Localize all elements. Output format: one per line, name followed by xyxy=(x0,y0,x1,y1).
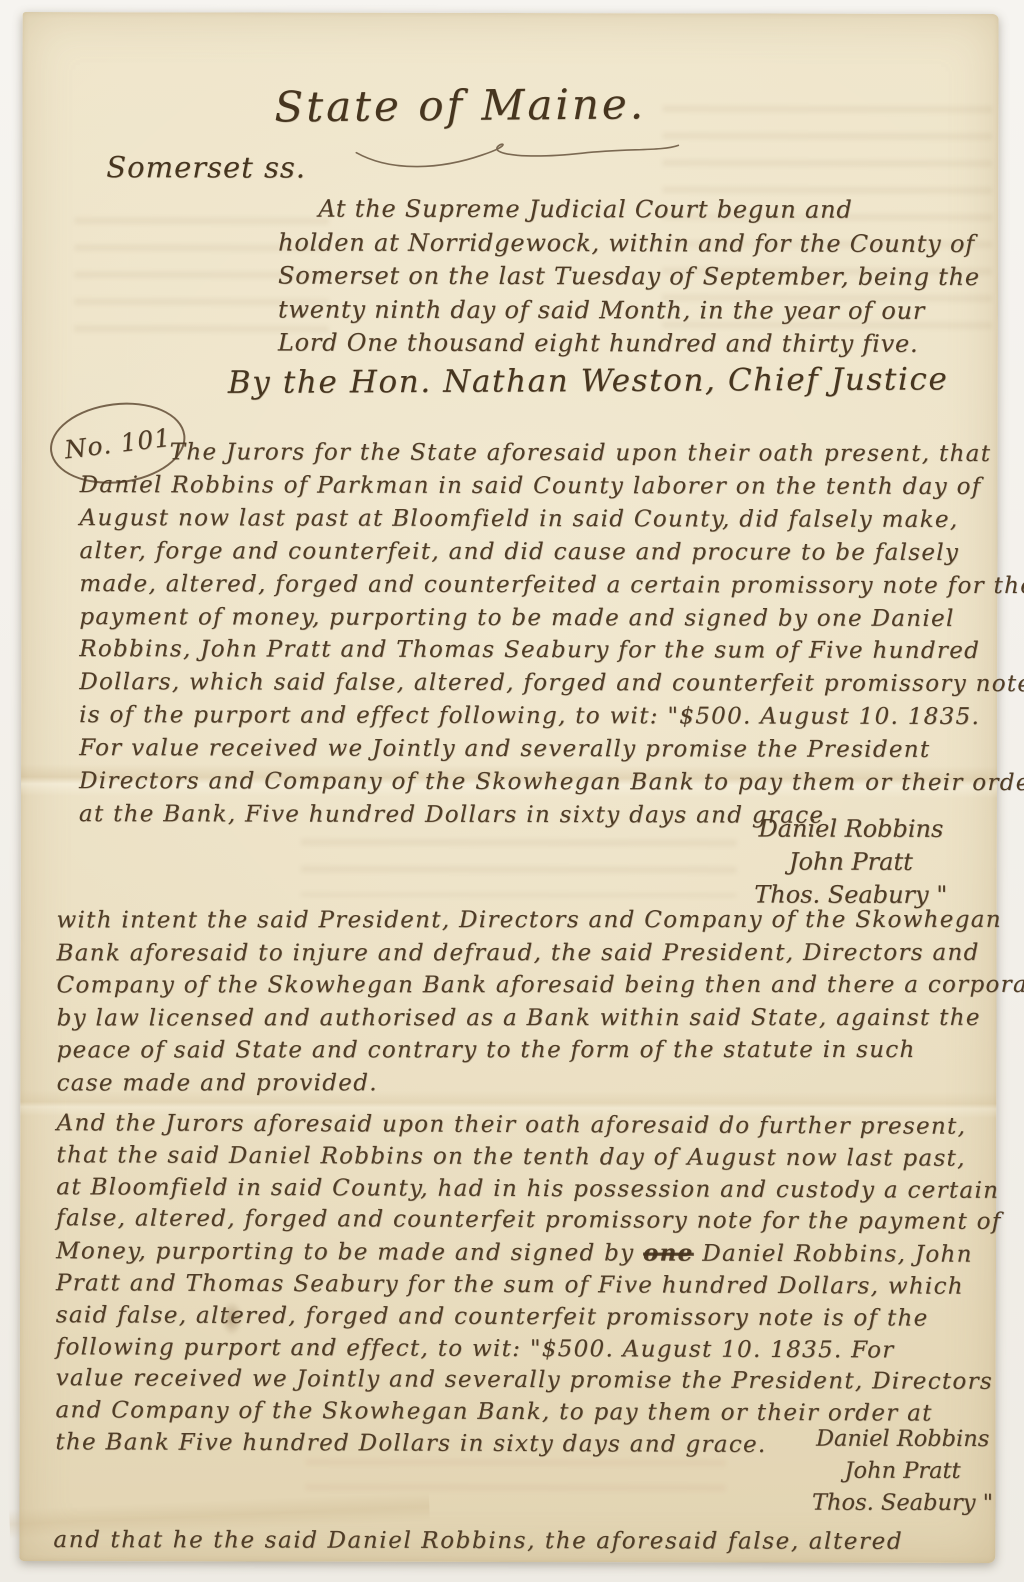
indictment-line: peace of said State and contrary to the … xyxy=(57,1034,1024,1067)
indictment-line: Dollars, which said false, altered, forg… xyxy=(79,666,1024,701)
promissory-note-signatures: Daniel Robbins John Pratt Thos. Seabury … xyxy=(715,812,987,912)
preamble-line: At the Supreme Judicial Court begun and xyxy=(318,193,980,228)
indictment-line: following purport and effect, to wit: "$… xyxy=(56,1332,1002,1367)
court-preamble: At the Supreme Judicial Court begun and … xyxy=(278,193,980,362)
preamble-line: twenty ninth day of said Month, in the y… xyxy=(278,293,980,328)
indictment-count1: The Jurors for the State aforesaid upon … xyxy=(79,436,1024,833)
indictment-line: is of the purport and effect following, … xyxy=(79,699,1024,734)
indictment-line-with-strikeout: Money, purporting to be made and signed … xyxy=(56,1235,1002,1271)
closing-line: and that he the said Daniel Robbins, the… xyxy=(53,1527,903,1555)
promissory-note-signatures: Daniel Robbins John Pratt Thos. Seabury … xyxy=(795,1424,1009,1520)
indictment-line: case made and provided. xyxy=(57,1066,1024,1099)
indictment-count2: And the Jurors aforesaid upon their oath… xyxy=(55,1108,1002,1462)
note-signature: Daniel Robbins xyxy=(796,1424,1010,1456)
note-signature: Thos. Seabury " xyxy=(795,1487,1009,1519)
indictment-line: payment of money, purporting to be made … xyxy=(79,601,1024,636)
indictment-line: at Bloomfield in said County, had in his… xyxy=(56,1172,1002,1207)
preamble-line: holden at Norridgewock, within and for t… xyxy=(278,226,980,261)
indictment-line: The Jurors for the State aforesaid upon … xyxy=(170,436,1024,471)
county-heading: Somerset ss. xyxy=(106,150,306,184)
indictment-line: made, altered, forged and counterfeited … xyxy=(79,568,1024,603)
title-flourish xyxy=(352,139,682,176)
indictment-line: with intent the said President, Director… xyxy=(57,904,1024,937)
presiding-judge-line: By the Hon. Nathan Weston, Chief Justice xyxy=(228,361,949,401)
indictment-line: said false, altered, forged and counterf… xyxy=(56,1300,1002,1335)
indictment-line: Daniel Robbins of Parkman in said County… xyxy=(80,469,1024,504)
indictment-line: Bank aforesaid to injure and defraud, th… xyxy=(57,936,1024,969)
note-signature: Daniel Robbins xyxy=(715,812,987,846)
line-text: Daniel Robbins, John xyxy=(694,1241,973,1268)
indictment-line: value received we Jointly and severally … xyxy=(56,1364,1002,1399)
note-signature: John Pratt xyxy=(796,1455,1010,1487)
indictment-line: And the Jurors aforesaid upon their oath… xyxy=(57,1108,1003,1143)
indictment-line: Robbins, John Pratt and Thomas Seabury f… xyxy=(79,634,1024,669)
indictment-line: alter, forge and counterfeit, and did ca… xyxy=(79,535,1024,570)
indictment-count1-close: with intent the said President, Director… xyxy=(57,904,1024,1100)
scan-background: { "colors": { "background": "#f4f1ec", "… xyxy=(0,0,1024,1582)
indictment-line: Company of the Skowhegan Bank aforesaid … xyxy=(57,969,1024,1002)
line-text: Money, purporting to be made and signed … xyxy=(56,1238,643,1266)
indictment-line: by law licensed and authorised as a Bank… xyxy=(57,1001,1024,1034)
preamble-line: Somerset on the last Tuesday of Septembe… xyxy=(278,260,980,295)
document-title: State of Maine. xyxy=(274,79,646,131)
document-paper: State of Maine. Somerset ss. At the Supr… xyxy=(19,12,998,1563)
indictment-line: that the said Daniel Robbins on the tent… xyxy=(56,1140,1002,1175)
indictment-line: Pratt and Thomas Seabury for the sum of … xyxy=(56,1268,1002,1303)
note-signature: John Pratt xyxy=(715,845,987,879)
preamble-line: Lord One thousand eight hundred and thir… xyxy=(278,327,980,362)
indictment-line: For value received we Jointly and severa… xyxy=(79,732,1024,767)
struck-word: one xyxy=(643,1240,694,1267)
indictment-line: Directors and Company of the Skowhegan B… xyxy=(79,765,1024,800)
indictment-line: false, altered, forged and counterfeit p… xyxy=(56,1204,1002,1239)
indictment-line: August now last past at Bloomfield in sa… xyxy=(80,502,1024,537)
